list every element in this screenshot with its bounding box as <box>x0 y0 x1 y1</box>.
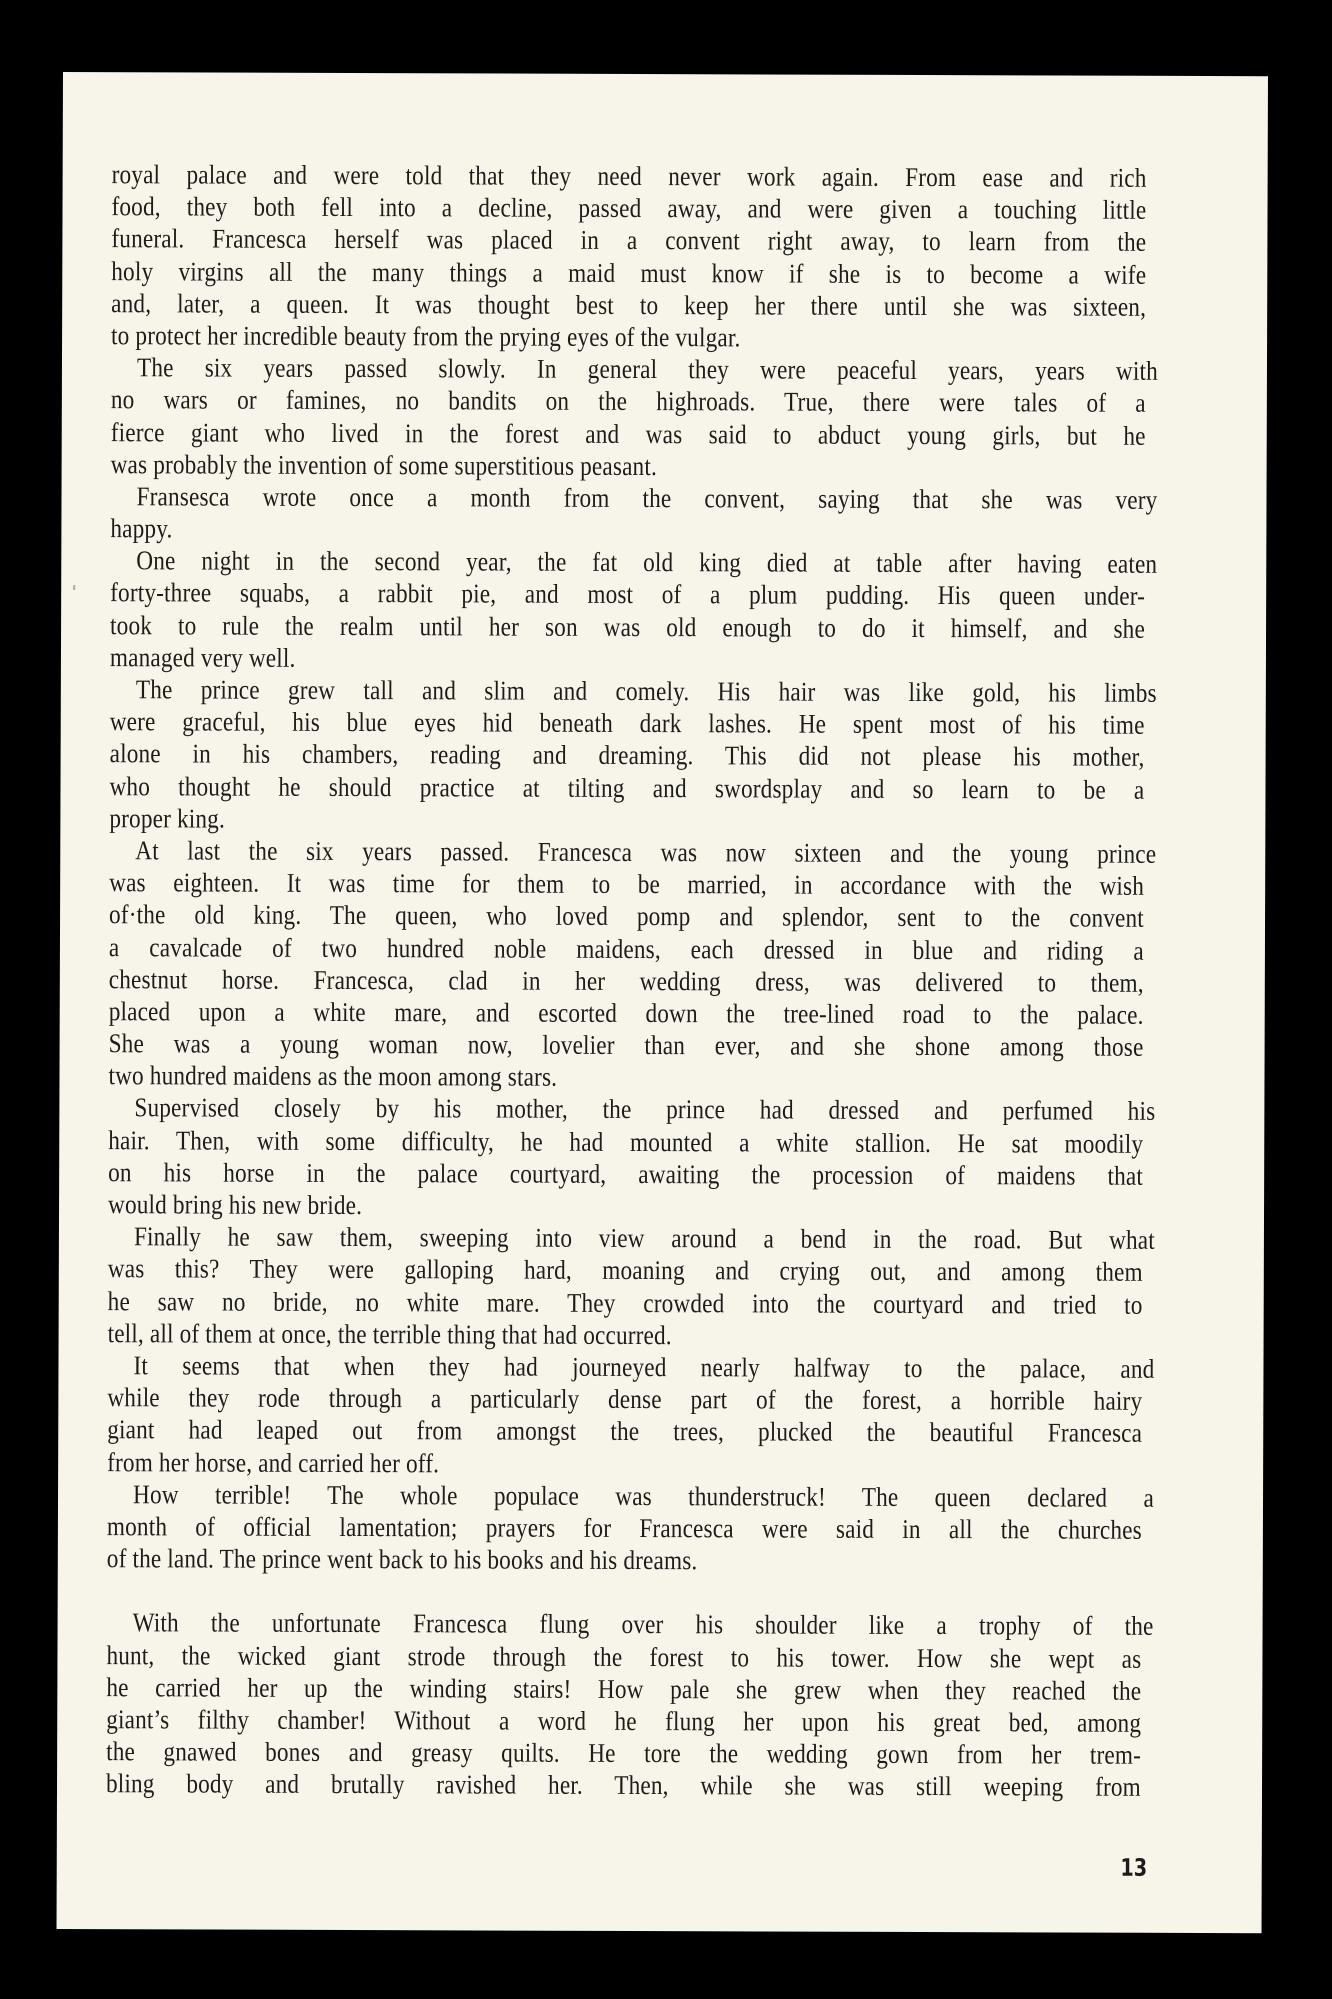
text-line: from her horse, and carried her off. <box>107 1446 1142 1482</box>
text-line: food, they both fell into a decline, pas… <box>111 190 1146 226</box>
text-line: was probably the invention of some super… <box>111 448 1146 484</box>
paragraph: Supervised closely by his mother, the pr… <box>108 1092 1143 1224</box>
text-line: royal palace and were told that they nee… <box>112 158 1147 194</box>
paragraph: Fransesca wrote once a month from the co… <box>110 480 1145 548</box>
text-line: a cavalcade of two hundred noble maidens… <box>109 931 1144 967</box>
text-line: two hundred maidens as the moon among st… <box>108 1059 1143 1095</box>
text-line: month of official lamentation; prayers f… <box>107 1510 1142 1546</box>
text-line: of·the old king. The queen, who loved po… <box>109 898 1144 934</box>
paragraph: The six years passed slowly. In general … <box>111 351 1146 483</box>
text-line: How terrible! The whole populace was thu… <box>107 1478 1142 1514</box>
text-line: of the land. The prince went back to his… <box>107 1542 1142 1578</box>
text-line: alone in his chambers, reading and dream… <box>110 738 1145 774</box>
paragraph: At last the six years passed. Francesca … <box>108 834 1144 1095</box>
text-line: on his horse in the palace courtyard, aw… <box>108 1156 1143 1192</box>
text-line: was this? They were galloping hard, moan… <box>108 1253 1143 1289</box>
paper-speck <box>73 585 75 590</box>
text-line: happy. <box>110 512 1145 548</box>
text-line: funeral. Francesca herself was placed in… <box>111 223 1146 259</box>
text-line: forty-three squabs, a rabbit pie, and mo… <box>110 577 1145 613</box>
text-line: Fransesca wrote once a month from the co… <box>110 480 1145 516</box>
text-line: took to rule the realm until her son was… <box>110 609 1145 645</box>
body-text: royal palace and were told that they nee… <box>106 158 1147 1803</box>
paragraph: Finally he saw them, sweeping into view … <box>108 1220 1143 1352</box>
text-line: giant’s filthy chamber! Without a word h… <box>106 1703 1141 1739</box>
text-line: would bring his new bride. <box>108 1188 1143 1224</box>
text-line: managed very well. <box>110 641 1145 677</box>
text-line: was eighteen. It was time for them to be… <box>109 866 1144 902</box>
book-page: royal palace and were told that they nee… <box>57 72 1268 1933</box>
text-line: to protect her incredible beauty from th… <box>111 319 1146 355</box>
text-line: were graceful, his blue eyes hid beneath… <box>110 705 1145 741</box>
text-line: The six years passed slowly. In general … <box>111 351 1146 387</box>
paragraph: royal palace and were told that they nee… <box>111 158 1147 355</box>
text-line: hunt, the wicked giant strode through th… <box>106 1639 1141 1675</box>
text-line: the gnawed bones and greasy quilts. He t… <box>106 1735 1141 1771</box>
text-line: who thought he should practice at tiltin… <box>109 770 1144 806</box>
text-line: She was a young woman now, lovelier than… <box>109 1027 1144 1063</box>
text-line: Finally he saw them, sweeping into view … <box>108 1220 1143 1256</box>
text-line: At last the six years passed. Francesca … <box>109 834 1144 870</box>
text-line: Supervised closely by his mother, the pr… <box>108 1092 1143 1128</box>
text-line: bling body and brutally ravished her. Th… <box>106 1768 1141 1804</box>
text-line: while they rode through a particularly d… <box>107 1381 1142 1417</box>
text-line: giant had leaped out from amongst the tr… <box>107 1413 1142 1449</box>
text-line: placed upon a white mare, and escorted d… <box>109 995 1144 1031</box>
text-line: he saw no bride, no white mare. They cro… <box>108 1285 1143 1321</box>
section-break <box>107 1574 1142 1610</box>
text-line: no wars or famines, no bandits on the hi… <box>111 383 1146 419</box>
text-line: fierce giant who lived in the forest and… <box>111 416 1146 452</box>
text-line: chestnut horse. Francesca, clad in her w… <box>109 963 1144 999</box>
paragraph: How terrible! The whole populace was thu… <box>107 1478 1142 1578</box>
text-line: and, later, a queen. It was thought best… <box>111 287 1146 323</box>
text-line: The prince grew tall and slim and comely… <box>110 673 1145 709</box>
text-line: holy virgins all the many things a maid … <box>111 255 1146 291</box>
paragraph: It seems that when they had journeyed ne… <box>107 1349 1142 1481</box>
text-line: he carried her up the winding stairs! Ho… <box>106 1671 1141 1707</box>
text-line: hair. Then, with some difficulty, he had… <box>108 1124 1143 1160</box>
text-line: proper king. <box>109 802 1144 838</box>
text-line: One night in the second year, the fat ol… <box>110 544 1145 580</box>
page-number: 13 <box>1120 1854 1147 1882</box>
paragraph: The prince grew tall and slim and comely… <box>109 673 1145 838</box>
paragraph: With the unfortunate Francesca flung ove… <box>106 1607 1142 1804</box>
text-line: tell, all of them at once, the terrible … <box>108 1317 1143 1353</box>
text-line: With the unfortunate Francesca flung ove… <box>107 1607 1142 1643</box>
text-line: It seems that when they had journeyed ne… <box>107 1349 1142 1385</box>
paragraph: One night in the second year, the fat ol… <box>110 544 1145 676</box>
